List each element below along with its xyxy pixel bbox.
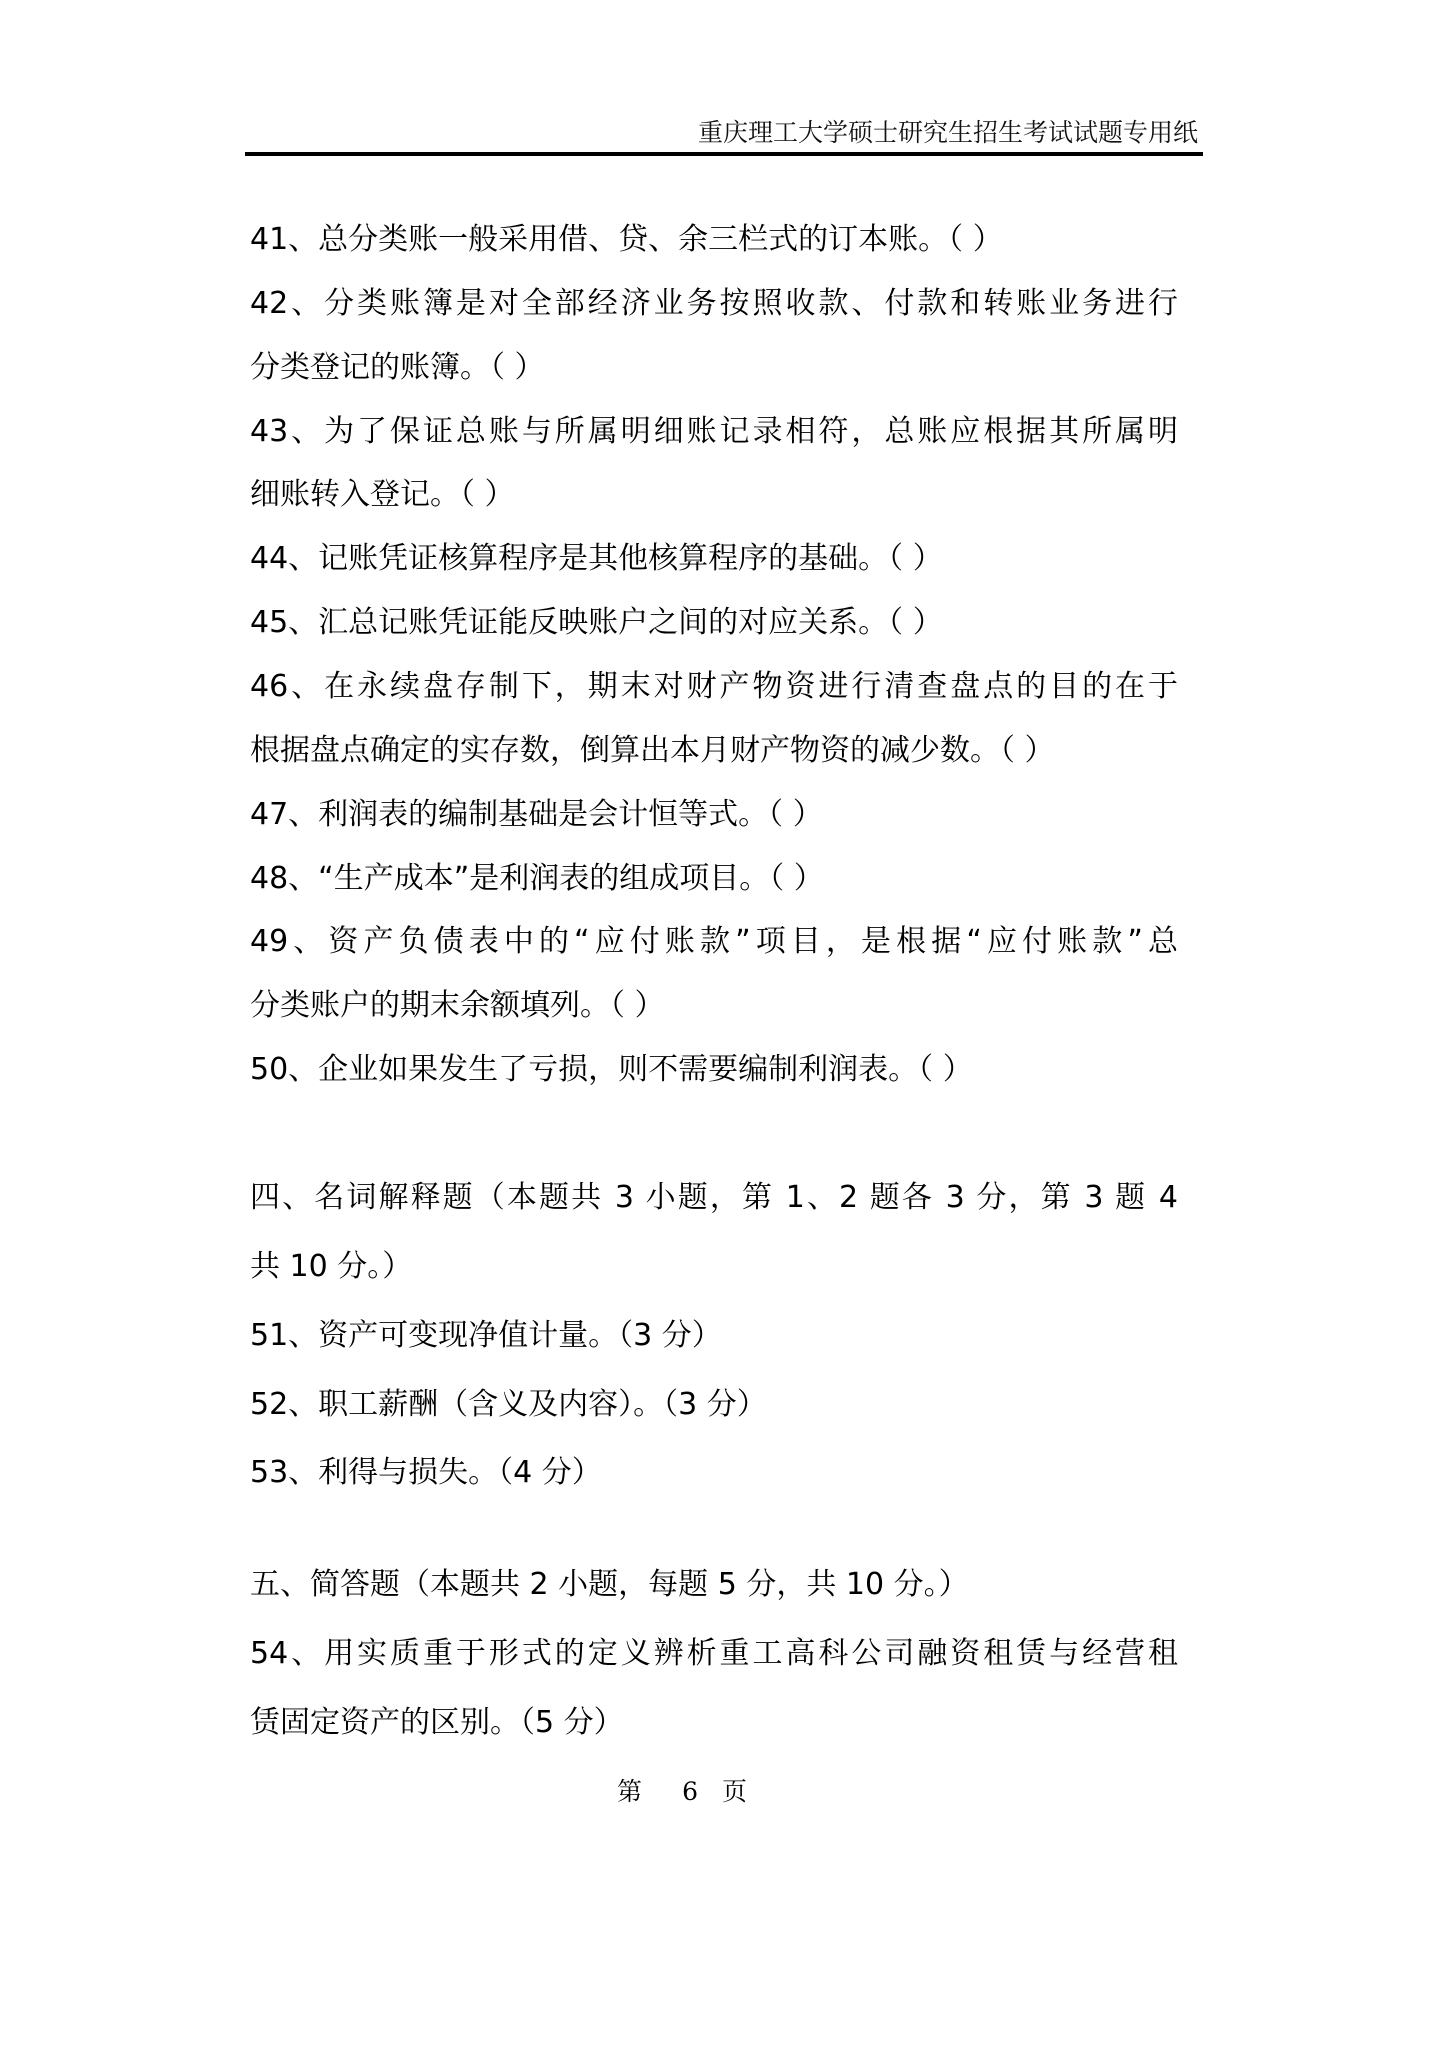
question-44: 44、记账凭证核算程序是其他核算程序的基础。（ ） bbox=[250, 539, 1178, 579]
question-41: 41、总分类账一般采用借、贷、余三栏式的订本账。（ ） bbox=[250, 220, 1178, 260]
section-five-heading: 五、简答题（本题共 2 小题，每题 5 分，共 10 分。） bbox=[250, 1565, 1178, 1605]
question-54-line-1: 54、用实质重于形式的定义辨析重工高科公司融资租赁与经营租 bbox=[250, 1634, 1178, 1674]
header-title: 重庆理工大学硕士研究生招生考试试题专用纸 bbox=[698, 118, 1198, 148]
question-42-line-2: 分类登记的账簿。（ ） bbox=[250, 348, 1178, 388]
question-42-line-1: 42、分类账簿是对全部经济业务按照收款、付款和转账业务进行 bbox=[250, 284, 1178, 324]
section-four-heading-line-1: 四、名词解释题（本题共 3 小题，第 1、2 题各 3 分，第 3 题 4 分， bbox=[250, 1178, 1178, 1218]
question-52: 52、职工薪酬（含义及内容）。（3 分） bbox=[250, 1385, 1178, 1425]
page-number: 第 6 页 bbox=[617, 1776, 747, 1808]
section-four-heading-line-2: 共 10 分。） bbox=[250, 1247, 1178, 1287]
question-49-line-2: 分类账户的期末余额填列。（ ） bbox=[250, 986, 1178, 1026]
question-47: 47、利润表的编制基础是会计恒等式。（ ） bbox=[250, 795, 1178, 835]
header-divider bbox=[245, 152, 1203, 156]
question-50: 50、企业如果发生了亏损，则不需要编制利润表。（ ） bbox=[250, 1050, 1178, 1090]
question-54-line-2: 赁固定资产的区别。（5 分） bbox=[250, 1703, 1178, 1743]
question-46-line-2: 根据盘点确定的实存数，倒算出本月财产物资的减少数。（ ） bbox=[250, 731, 1178, 771]
question-43-line-2: 细账转入登记。（ ） bbox=[250, 475, 1178, 515]
question-46-line-1: 46、在永续盘存制下，期末对财产物资进行清查盘点的目的在于 bbox=[250, 667, 1178, 707]
question-48: 48、“生产成本”是利润表的组成项目。（ ） bbox=[250, 859, 1178, 899]
exam-page: 重庆理工大学硕士研究生招生考试试题专用纸 41、总分类账一般采用借、贷、余三栏式… bbox=[0, 0, 1449, 2046]
question-53: 53、利得与损失。（4 分） bbox=[250, 1453, 1178, 1493]
question-51: 51、资产可变现净值计量。（3 分） bbox=[250, 1316, 1178, 1356]
question-45: 45、汇总记账凭证能反映账户之间的对应关系。（ ） bbox=[250, 603, 1178, 643]
question-43-line-1: 43、为了保证总账与所属明细账记录相符，总账应根据其所属明 bbox=[250, 412, 1178, 452]
question-49-line-1: 49、资产负债表中的“应付账款”项目，是根据“应付账款”总 bbox=[250, 922, 1178, 962]
